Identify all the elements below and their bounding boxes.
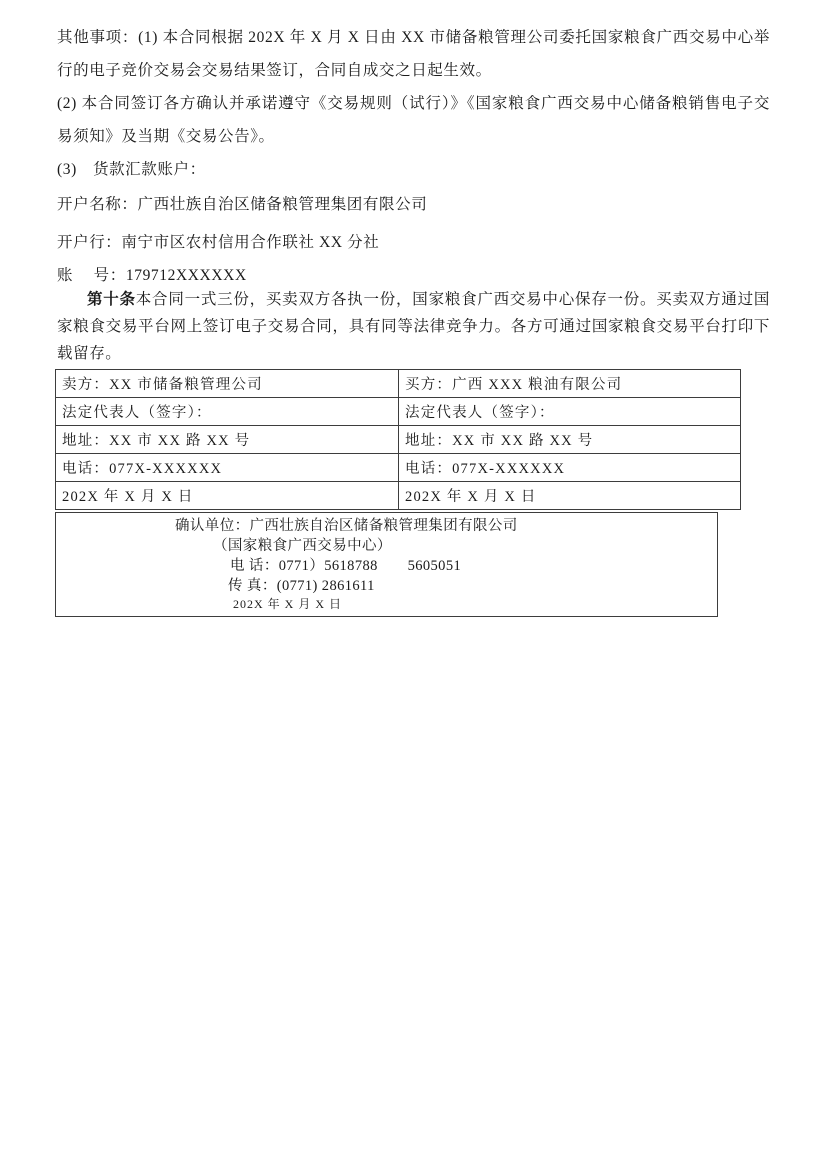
paragraph-clause3: (3) 货款汇款账户： xyxy=(57,153,770,186)
buyer-representative-cell: 法定代表人（签字）： xyxy=(399,398,741,426)
seller-representative-cell: 法定代表人（签字）： xyxy=(56,398,399,426)
buyer-phone-cell: 电话：077X-XXXXXX xyxy=(399,454,741,482)
article10-text: 本合同一式三份，买卖双方各执一份，国家粮食广西交易中心保存一份。买卖双方通过国家… xyxy=(57,291,770,362)
confirmation-phone: 电 话：0771）5618788 5605051 xyxy=(56,556,717,576)
seller-address-cell: 地址：XX 市 XX 路 XX 号 xyxy=(56,426,399,454)
confirmation-unit: 确认单位：广西壮族自治区储备粮管理集团有限公司 xyxy=(56,516,717,536)
buyer-name-cell: 买方：广西 XXX 粮油有限公司 xyxy=(399,370,741,398)
table-row-representatives: 法定代表人（签字）： 法定代表人（签字）： xyxy=(56,398,741,426)
contract-page: 其他事项：(1) 本合同根据 202X 年 X 月 X 日由 XX 市储备粮管理… xyxy=(0,0,827,1169)
confirmation-box: 确认单位：广西壮族自治区储备粮管理集团有限公司 （国家粮食广西交易中心） 电 话… xyxy=(55,512,718,617)
bank-line: 开户行：南宁市区农村信用合作联社 XX 分社 xyxy=(57,226,770,259)
confirmation-fax: 传 真：(0771) 2861611 xyxy=(56,576,717,596)
seller-phone-cell: 电话：077X-XXXXXX xyxy=(56,454,399,482)
seller-name-cell: 卖方：XX 市储备粮管理公司 xyxy=(56,370,399,398)
paragraph-clause2: (2) 本合同签订各方确认并承诺遵守《交易规则（试行）》《国家粮食广西交易中心储… xyxy=(57,87,770,153)
paragraph-other-matters: 其他事项：(1) 本合同根据 202X 年 X 月 X 日由 XX 市储备粮管理… xyxy=(57,21,770,87)
article10-label: 第十条 xyxy=(87,291,136,308)
confirmation-center-name: （国家粮食广西交易中心） xyxy=(56,536,717,556)
seller-date-cell: 202X 年 X 月 X 日 xyxy=(56,482,399,510)
buyer-date-cell: 202X 年 X 月 X 日 xyxy=(399,482,741,510)
buyer-address-cell: 地址：XX 市 XX 路 XX 号 xyxy=(399,426,741,454)
table-row-dates: 202X 年 X 月 X 日 202X 年 X 月 X 日 xyxy=(56,482,741,510)
confirmation-date: 202X 年 X 月 X 日 xyxy=(56,596,717,612)
paragraph-article10: 第十条本合同一式三份，买卖双方各执一份，国家粮食广西交易中心保存一份。买卖双方通… xyxy=(57,286,770,367)
signature-table: 卖方：XX 市储备粮管理公司 买方：广西 XXX 粮油有限公司 法定代表人（签字… xyxy=(55,369,741,510)
table-row-addresses: 地址：XX 市 XX 路 XX 号 地址：XX 市 XX 路 XX 号 xyxy=(56,426,741,454)
table-row-phones: 电话：077X-XXXXXX 电话：077X-XXXXXX xyxy=(56,454,741,482)
account-name-line: 开户名称：广西壮族自治区储备粮管理集团有限公司 xyxy=(57,188,770,221)
table-row-parties: 卖方：XX 市储备粮管理公司 买方：广西 XXX 粮油有限公司 xyxy=(56,370,741,398)
